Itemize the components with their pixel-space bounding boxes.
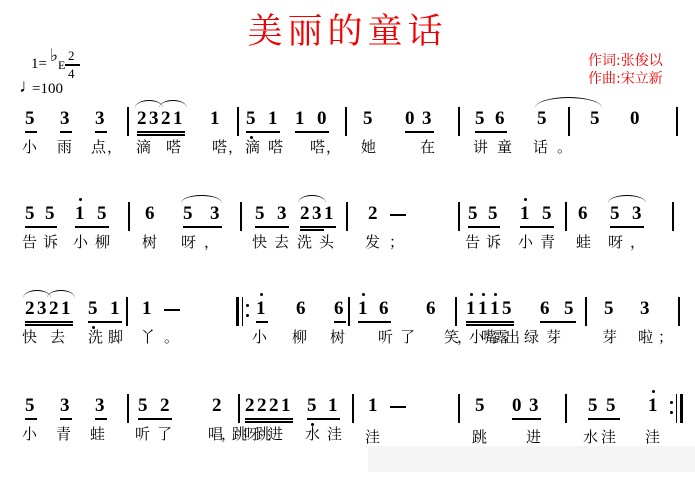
note-digit: 3	[95, 108, 105, 130]
eighth-beam	[246, 131, 280, 133]
watermark-remnant	[368, 446, 695, 472]
note-digit: 1	[328, 395, 338, 417]
note-digit: 3	[60, 395, 70, 417]
note-digit: 5	[588, 395, 598, 417]
lyric-char: 发	[365, 234, 380, 251]
note-digit: 5	[246, 108, 256, 130]
barline	[678, 297, 680, 326]
system-3: 232151116616611156553快去洗脚丫。小柳树听了笑，小嘴露出绿芽…	[0, 298, 695, 368]
note-digit: 3	[95, 395, 105, 417]
octave-dot-above	[524, 198, 527, 201]
octave-dot-above	[482, 293, 485, 296]
octave-dot-above	[260, 293, 263, 296]
note-digit: 3	[60, 108, 70, 130]
note-digit: 6	[145, 203, 155, 225]
lyric-char-clipped: 水	[583, 429, 598, 444]
lyric-char: 出	[505, 329, 520, 346]
lyric-char-clipped: 洼	[365, 429, 380, 444]
eighth-beam	[183, 226, 222, 228]
eighth-beam	[512, 418, 541, 420]
note-digit: 6	[540, 298, 550, 320]
repeat-end-thick	[680, 394, 683, 423]
barline	[128, 202, 130, 231]
key-prefix: 1=	[31, 56, 47, 73]
note-digit: 1	[281, 395, 291, 417]
meter-numerator: 2	[68, 48, 75, 64]
lyric-char: 小	[252, 329, 267, 346]
note-digit: 6	[578, 203, 588, 225]
lyric-char: 去	[50, 329, 65, 346]
eighth-beam	[88, 321, 122, 323]
eighth-beam	[324, 226, 336, 228]
note-digit: 1	[110, 298, 120, 320]
sheet-music-page: 美丽的童话 作词:张俊以 作曲:宋立新 1= ♭ E 2 4 ♩ =100 53…	[0, 0, 695, 483]
eighth-beam	[75, 226, 109, 228]
lyric-char: 话	[533, 139, 548, 156]
repeat-start-thick	[236, 297, 239, 326]
repeat-dot	[246, 314, 249, 317]
eighth-beam	[95, 418, 107, 420]
barline	[458, 107, 460, 136]
lyric-char: 芽	[602, 329, 617, 346]
note-digit: 5	[488, 203, 498, 225]
barline	[240, 202, 242, 231]
lyric-char: 点	[91, 139, 106, 156]
lyric-char: 小	[518, 234, 533, 251]
eighth-beam	[95, 131, 107, 133]
note-digit: 6	[296, 298, 306, 320]
lyric-char: 雨	[57, 139, 72, 156]
lyric-char: 诉	[486, 234, 501, 251]
barline	[237, 107, 239, 136]
eighth-beam	[358, 321, 391, 323]
note-digit: 5	[307, 395, 317, 417]
lyric-char: 洗	[88, 329, 103, 346]
note-digit: 5	[475, 108, 485, 130]
note-digit: 0	[630, 108, 640, 130]
composer-credit: 作曲:宋立新	[588, 68, 663, 88]
repeat-dot	[670, 401, 673, 404]
lyric-char: 快	[22, 329, 37, 346]
note-digit: 3	[632, 203, 642, 225]
meter-denominator: 4	[68, 66, 75, 82]
note-digit: 5	[502, 298, 512, 320]
barline	[565, 202, 567, 231]
note-digit: 3	[210, 203, 220, 225]
barline	[455, 297, 457, 326]
eighth-beam	[475, 131, 507, 133]
lyric-char: 青	[540, 234, 555, 251]
note-digit: 5	[475, 395, 485, 417]
sixteenth-beam	[137, 131, 185, 133]
lyric-char: 芽	[546, 329, 561, 346]
slur-arc	[47, 290, 75, 298]
lyric-char: 呀	[181, 234, 196, 251]
eighth-beam	[60, 418, 72, 420]
octave-dot-above	[652, 390, 655, 393]
slur-arc	[181, 195, 222, 203]
note-digit: 3	[37, 298, 47, 320]
note-digit: 2	[161, 108, 171, 130]
note-digit: 1	[648, 395, 658, 417]
lyric-char: 快	[252, 234, 267, 251]
note-digit: 3	[529, 395, 539, 417]
lyric-char-clipped: 跳	[472, 429, 487, 444]
note-digit: 1	[478, 298, 488, 320]
note-digit: 5	[88, 298, 98, 320]
lyric-char: 告	[22, 234, 37, 251]
note-digit: 1	[490, 298, 500, 320]
lyric-char: 。	[164, 329, 179, 346]
note-digit: 3	[277, 203, 287, 225]
lyric-char: ；	[658, 329, 673, 346]
repeat-end-thin	[676, 394, 677, 423]
lyric-char: 嗒	[166, 139, 181, 156]
barline	[346, 202, 348, 231]
note-digit: 0	[317, 108, 327, 130]
lyric-char: 了	[400, 329, 415, 346]
lyric-char: 小	[22, 139, 37, 156]
note-digit: 1	[324, 203, 334, 225]
octave-dot-above	[494, 293, 497, 296]
barline	[672, 202, 674, 231]
note-digit: 5	[25, 203, 35, 225]
barline	[127, 107, 129, 136]
note-digit: 5	[363, 108, 373, 130]
lyric-char: 童	[497, 139, 512, 156]
sixteenth-beam	[300, 226, 324, 228]
eighth-beam	[25, 226, 57, 228]
lyric-char: 柳	[95, 234, 110, 251]
lyric-char: ，	[630, 234, 645, 251]
note-digit: 2	[269, 395, 279, 417]
note-digit: 6	[334, 298, 344, 320]
eighth-beam	[405, 131, 434, 133]
lyric-char: 洗	[297, 234, 312, 251]
lyric-char: 滴	[136, 139, 151, 156]
barline	[345, 107, 347, 136]
sixteenth-beam	[25, 321, 73, 323]
lyric-char: 小	[73, 234, 88, 251]
note-digit: 5	[255, 203, 265, 225]
barline	[565, 394, 567, 423]
lyric-char: 诉	[43, 234, 58, 251]
barline	[458, 202, 460, 231]
lyric-char: 她	[361, 139, 376, 156]
note-digit: 1	[256, 298, 266, 320]
eighth-beam	[307, 418, 340, 420]
note-digit: 5	[25, 395, 35, 417]
note-digit: 2	[212, 395, 222, 417]
lyric-char: 告	[465, 234, 480, 251]
eighth-beam	[540, 321, 576, 323]
barline	[348, 297, 350, 326]
note-digit: 3	[422, 108, 432, 130]
repeat-dot	[670, 411, 673, 414]
note-digit: 1	[61, 298, 71, 320]
note-digit: 5	[468, 203, 478, 225]
lyric-char: 呀	[608, 234, 623, 251]
lyric-char: ，	[228, 139, 243, 156]
lyric-char: 树	[330, 329, 345, 346]
barline	[126, 297, 128, 326]
eighth-beam	[25, 418, 37, 420]
lyric-char: 啦	[638, 329, 653, 346]
eighth-beam	[610, 226, 644, 228]
slur-arc	[608, 195, 646, 203]
lyric-char: 去	[274, 234, 289, 251]
barline	[676, 107, 678, 136]
note-digit: 6	[426, 298, 436, 320]
note-digit: 2	[300, 203, 310, 225]
half-note-dash	[164, 309, 180, 311]
half-note-dash	[390, 406, 406, 408]
eighth-beam	[588, 418, 620, 420]
note-digit: 5	[25, 108, 35, 130]
barline	[458, 394, 460, 423]
sixteenth-beam	[245, 418, 293, 420]
note-digit: 1	[75, 203, 85, 225]
note-digit: 1	[295, 108, 305, 130]
sixteenth-beam	[466, 321, 514, 323]
flat-sign-icon: ♭	[50, 46, 58, 66]
note-digit: 5	[606, 395, 616, 417]
note-digit: 0	[405, 108, 415, 130]
lyric-char-clipped: 洼	[645, 429, 660, 444]
note-digit: 5	[610, 203, 620, 225]
note-digit: 2	[368, 203, 378, 225]
note-digit: 1	[173, 108, 183, 130]
lyric-char-clipped: 进	[526, 429, 541, 444]
slur-arc	[298, 195, 326, 203]
lyric-char: 在	[420, 139, 435, 156]
lyric-char: 嗒	[310, 139, 325, 156]
note-digit: 5	[564, 298, 574, 320]
repeat-start-thin	[242, 297, 243, 326]
lyric-char: 头	[319, 234, 334, 251]
note-digit: 5	[604, 298, 614, 320]
eighth-beam	[334, 321, 346, 323]
note-digit: 2	[49, 298, 59, 320]
note-digit: 5	[590, 108, 600, 130]
note-digit: 1	[268, 108, 278, 130]
barline	[238, 394, 240, 423]
eighth-beam	[255, 226, 289, 228]
slur-arc	[159, 100, 187, 108]
note-digit: 0	[512, 395, 522, 417]
note-digit: 5	[537, 108, 547, 130]
key-letter: E	[58, 58, 65, 73]
half-note-dash	[390, 214, 406, 216]
system-1: 53323211511050356550小雨点，滴嗒嗒，滴嗒嗒，她在讲童话。	[0, 108, 695, 178]
lyric-char: ，	[326, 139, 341, 156]
note-digit: 3	[149, 108, 159, 130]
lyric-char: 绿	[524, 329, 539, 346]
eighth-beam	[520, 226, 554, 228]
note-digit: 6	[495, 108, 505, 130]
note-digit: 1	[210, 108, 220, 130]
note-digit: 2	[137, 108, 147, 130]
eighth-beam	[468, 226, 500, 228]
system-2: 55156535323125515653告诉小柳树呀，快去洗头发；告诉小青蛙呀，	[0, 203, 695, 273]
lyric-char: 嗒	[212, 139, 227, 156]
lyricist-credit: 作词:张俊以	[588, 50, 663, 70]
note-digit: 1	[358, 298, 368, 320]
lyric-char: 。	[557, 139, 572, 156]
lyric-char: ，	[204, 234, 219, 251]
note-digit: 2	[25, 298, 35, 320]
tempo-value: =100	[32, 81, 63, 98]
lyric-char: 嗒	[268, 139, 283, 156]
lyric-char: 丫	[140, 329, 155, 346]
note-digit: 1	[368, 395, 378, 417]
note-digit: 5	[183, 203, 193, 225]
lyric-char: ，	[107, 139, 122, 156]
note-digit: 1	[520, 203, 530, 225]
lyric-char: 蛙	[576, 234, 591, 251]
barline	[352, 394, 354, 423]
note-digit: 2	[245, 395, 255, 417]
lyric-char-clipped: 洼	[601, 429, 616, 444]
song-title: 美丽的童话	[0, 4, 695, 54]
eighth-beam	[60, 131, 72, 133]
note-digit: 3	[312, 203, 322, 225]
octave-dot-above	[79, 198, 82, 201]
lyric-char: 讲	[473, 139, 488, 156]
lyric-char: 脚	[108, 329, 123, 346]
octave-dot-above	[362, 293, 365, 296]
note-digit: 5	[542, 203, 552, 225]
lyric-char: 柳	[292, 329, 307, 346]
note-digit: 5	[45, 203, 55, 225]
repeat-dot	[246, 304, 249, 307]
note-digit: 5	[138, 395, 148, 417]
lyric-char: ；	[389, 234, 404, 251]
barline	[568, 107, 570, 136]
eighth-beam	[256, 321, 268, 323]
note-digit: 5	[97, 203, 107, 225]
eighth-beam	[295, 131, 329, 133]
octave-dot-above	[470, 293, 473, 296]
note-digit: 2	[160, 395, 170, 417]
eighth-beam	[138, 418, 172, 420]
barline	[127, 394, 129, 423]
lyric-char: 树	[142, 234, 157, 251]
lyric-char: 滴	[245, 139, 260, 156]
eighth-beam	[25, 131, 37, 133]
tie-arc	[535, 97, 602, 108]
note-digit: 6	[379, 298, 389, 320]
lyric-char: 听	[378, 329, 393, 346]
note-digit: 1	[466, 298, 476, 320]
note-digit: 3	[640, 298, 650, 320]
note-digit: 2	[257, 395, 267, 417]
barline	[585, 297, 587, 326]
note-digit: 1	[142, 298, 152, 320]
clipped-lyric-row: 洼跳进水洼洼	[0, 429, 695, 444]
